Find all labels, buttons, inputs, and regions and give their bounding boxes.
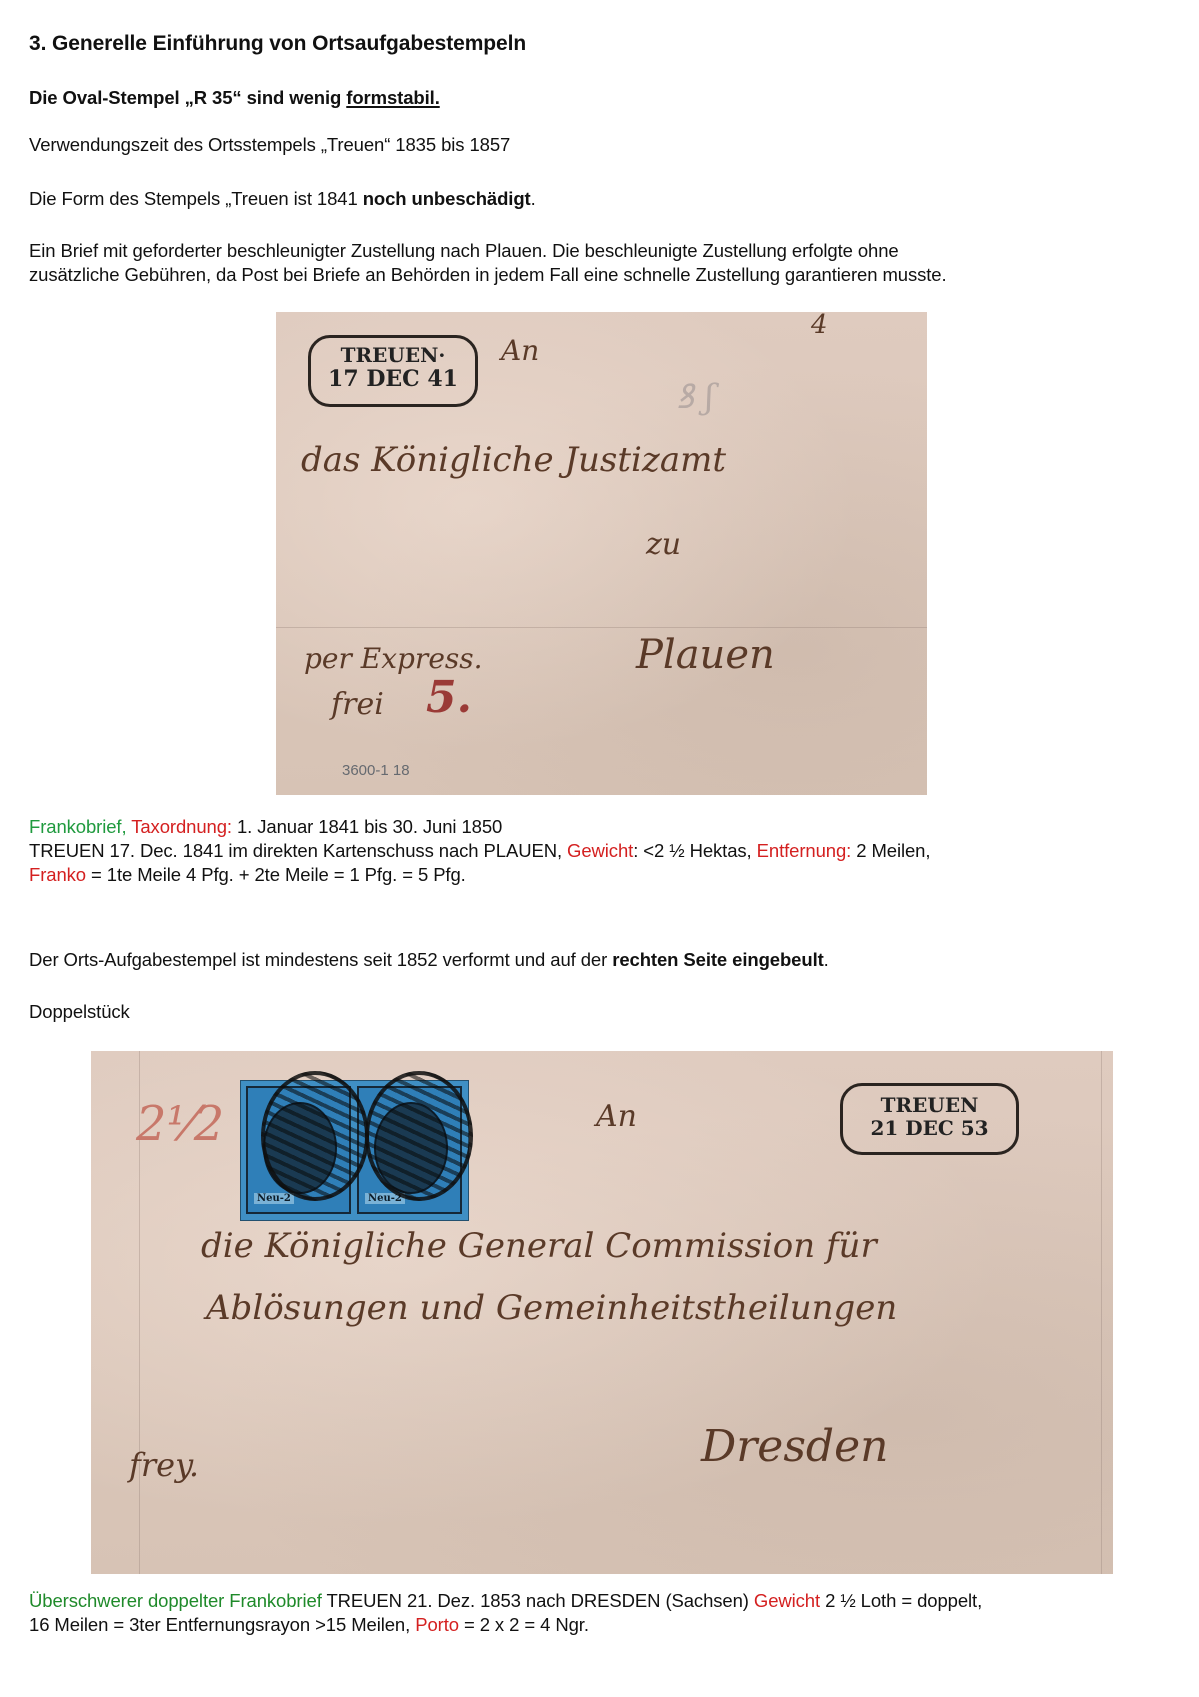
handwriting-address-line1: die Königliche General Commission für <box>201 1226 877 1266</box>
handwriting-an: An <box>501 334 539 367</box>
caption-run: = 2 x 2 = 4 Ngr. <box>459 1614 589 1635</box>
deformed-bold: rechten Seite eingebeult <box>612 949 823 970</box>
form-1841-suffix: . <box>531 188 536 209</box>
caption-run: 2 ½ Loth = doppelt, <box>820 1590 982 1611</box>
handwriting-destination-city: Plauen <box>636 632 775 678</box>
grid-cancellation <box>365 1071 473 1201</box>
express-text-line1: Ein Brief mit geforderter beschleunigter… <box>29 239 899 263</box>
deformed-text: Der Orts-Aufgabestempel ist mindestens s… <box>29 948 829 972</box>
handwriting-address-line1: das Königliche Justizamt <box>301 440 726 480</box>
caption-run: TREUEN 21. Dez. 1853 nach DRESDEN (Sachs… <box>322 1590 754 1611</box>
grid-cancellation <box>261 1071 369 1201</box>
letter-image-treuen-1853: 2⅟2 Neu-2 Neu-2 An TREUEN 21 DEC 53 die … <box>91 1051 1113 1574</box>
handwriting-an: An <box>596 1099 637 1134</box>
red-postage-mark: 5. <box>426 672 472 723</box>
handwriting-zu: zu <box>646 527 681 562</box>
caption1-line3: Franko = 1te Meile 4 Pfg. + 2te Meile = … <box>29 863 466 887</box>
caption-run: Frankobrief, <box>29 816 131 837</box>
page-heading: 3. Generelle Einführung von Ortsaufgabes… <box>29 32 526 56</box>
handwriting-express-note: per Express. <box>304 642 483 675</box>
postmark-treuen-1841: TREUEN· 17 DEC 41 <box>308 335 478 407</box>
deformed-suffix: . <box>824 949 829 970</box>
stamp-label: Neu-2 <box>254 1193 294 1204</box>
caption-run: 16 Meilen = 3ter Entfernungsrayon >15 Me… <box>29 1614 415 1635</box>
fold-line <box>276 627 927 628</box>
red-handwritten-note: 2⅟2 <box>136 1096 224 1152</box>
postmark-treuen-1853: TREUEN 21 DEC 53 <box>840 1083 1019 1155</box>
stamp-pair-neu-2: Neu-2 Neu-2 <box>240 1080 469 1221</box>
handwriting-franco-note: frei <box>331 687 384 722</box>
caption-run: Gewicht <box>754 1590 820 1611</box>
handwriting-address-line2: Ablösungen und Gemeinheitstheilungen <box>206 1288 897 1328</box>
pencil-catalog-note: 3600-1 18 <box>342 762 410 779</box>
postmark-line1: TREUEN <box>843 1094 1016 1117</box>
handwriting-destination-city: Dresden <box>701 1421 888 1472</box>
handwriting-corner-mark: 4 <box>811 312 828 340</box>
caption-run: = 1te Meile 4 Pfg. + 2te Meile = 1 Pfg. … <box>86 864 466 885</box>
form-1841-bold: noch unbeschädigt <box>363 188 531 209</box>
caption2-line2: 16 Meilen = 3ter Entfernungsrayon >15 Me… <box>29 1613 589 1637</box>
caption-run: Taxordnung: <box>131 816 232 837</box>
express-text-line2: zusätzliche Gebühren, da Post bei Briefe… <box>29 263 947 287</box>
subheading-text: Die Oval-Stempel „R 35“ sind wenig <box>29 87 346 108</box>
usage-period-text: Verwendungszeit des Ortsstempels „Treuen… <box>29 133 510 157</box>
subheading-underlined: formstabil. <box>346 87 439 108</box>
caption-run: Porto <box>415 1614 459 1635</box>
fold-line <box>1101 1051 1102 1574</box>
caption1-line2: TREUEN 17. Dec. 1841 im direkten Kartens… <box>29 839 930 863</box>
caption-run: : <2 ½ Hektas, <box>633 840 756 861</box>
caption1-line1: Frankobrief, Taxordnung: 1. Januar 1841 … <box>29 815 502 839</box>
postmark-line2: 17 DEC 41 <box>311 367 475 392</box>
show-through-writing: ꝸ ʃ <box>676 372 714 418</box>
handwriting-franco-note: frey. <box>129 1446 199 1484</box>
doppelstueck-label: Doppelstück <box>29 1000 130 1024</box>
caption-run: 2 Meilen, <box>851 840 930 861</box>
letter-image-treuen-1841: TREUEN· 17 DEC 41 An 4 ꝸ ʃ das Königlich… <box>276 312 927 795</box>
form-1841-text: Die Form des Stempels „Treuen ist 1841 n… <box>29 187 536 211</box>
subheading: Die Oval-Stempel „R 35“ sind wenig forms… <box>29 86 440 110</box>
caption-run: 1. Januar 1841 bis 30. Juni 1850 <box>232 816 502 837</box>
caption-run: TREUEN 17. Dec. 1841 im direkten Kartens… <box>29 840 567 861</box>
caption-run: Gewicht <box>567 840 633 861</box>
deformed-prefix: Der Orts-Aufgabestempel ist mindestens s… <box>29 949 612 970</box>
form-1841-prefix: Die Form des Stempels „Treuen ist 1841 <box>29 188 363 209</box>
caption-run: Überschwerer doppelter Frankobrief <box>29 1590 322 1611</box>
caption-run: Franko <box>29 864 86 885</box>
caption-run: Entfernung: <box>757 840 852 861</box>
postmark-line1: TREUEN· <box>311 344 475 367</box>
caption2-line1: Überschwerer doppelter Frankobrief TREUE… <box>29 1589 982 1613</box>
postmark-line2: 21 DEC 53 <box>843 1117 1016 1140</box>
